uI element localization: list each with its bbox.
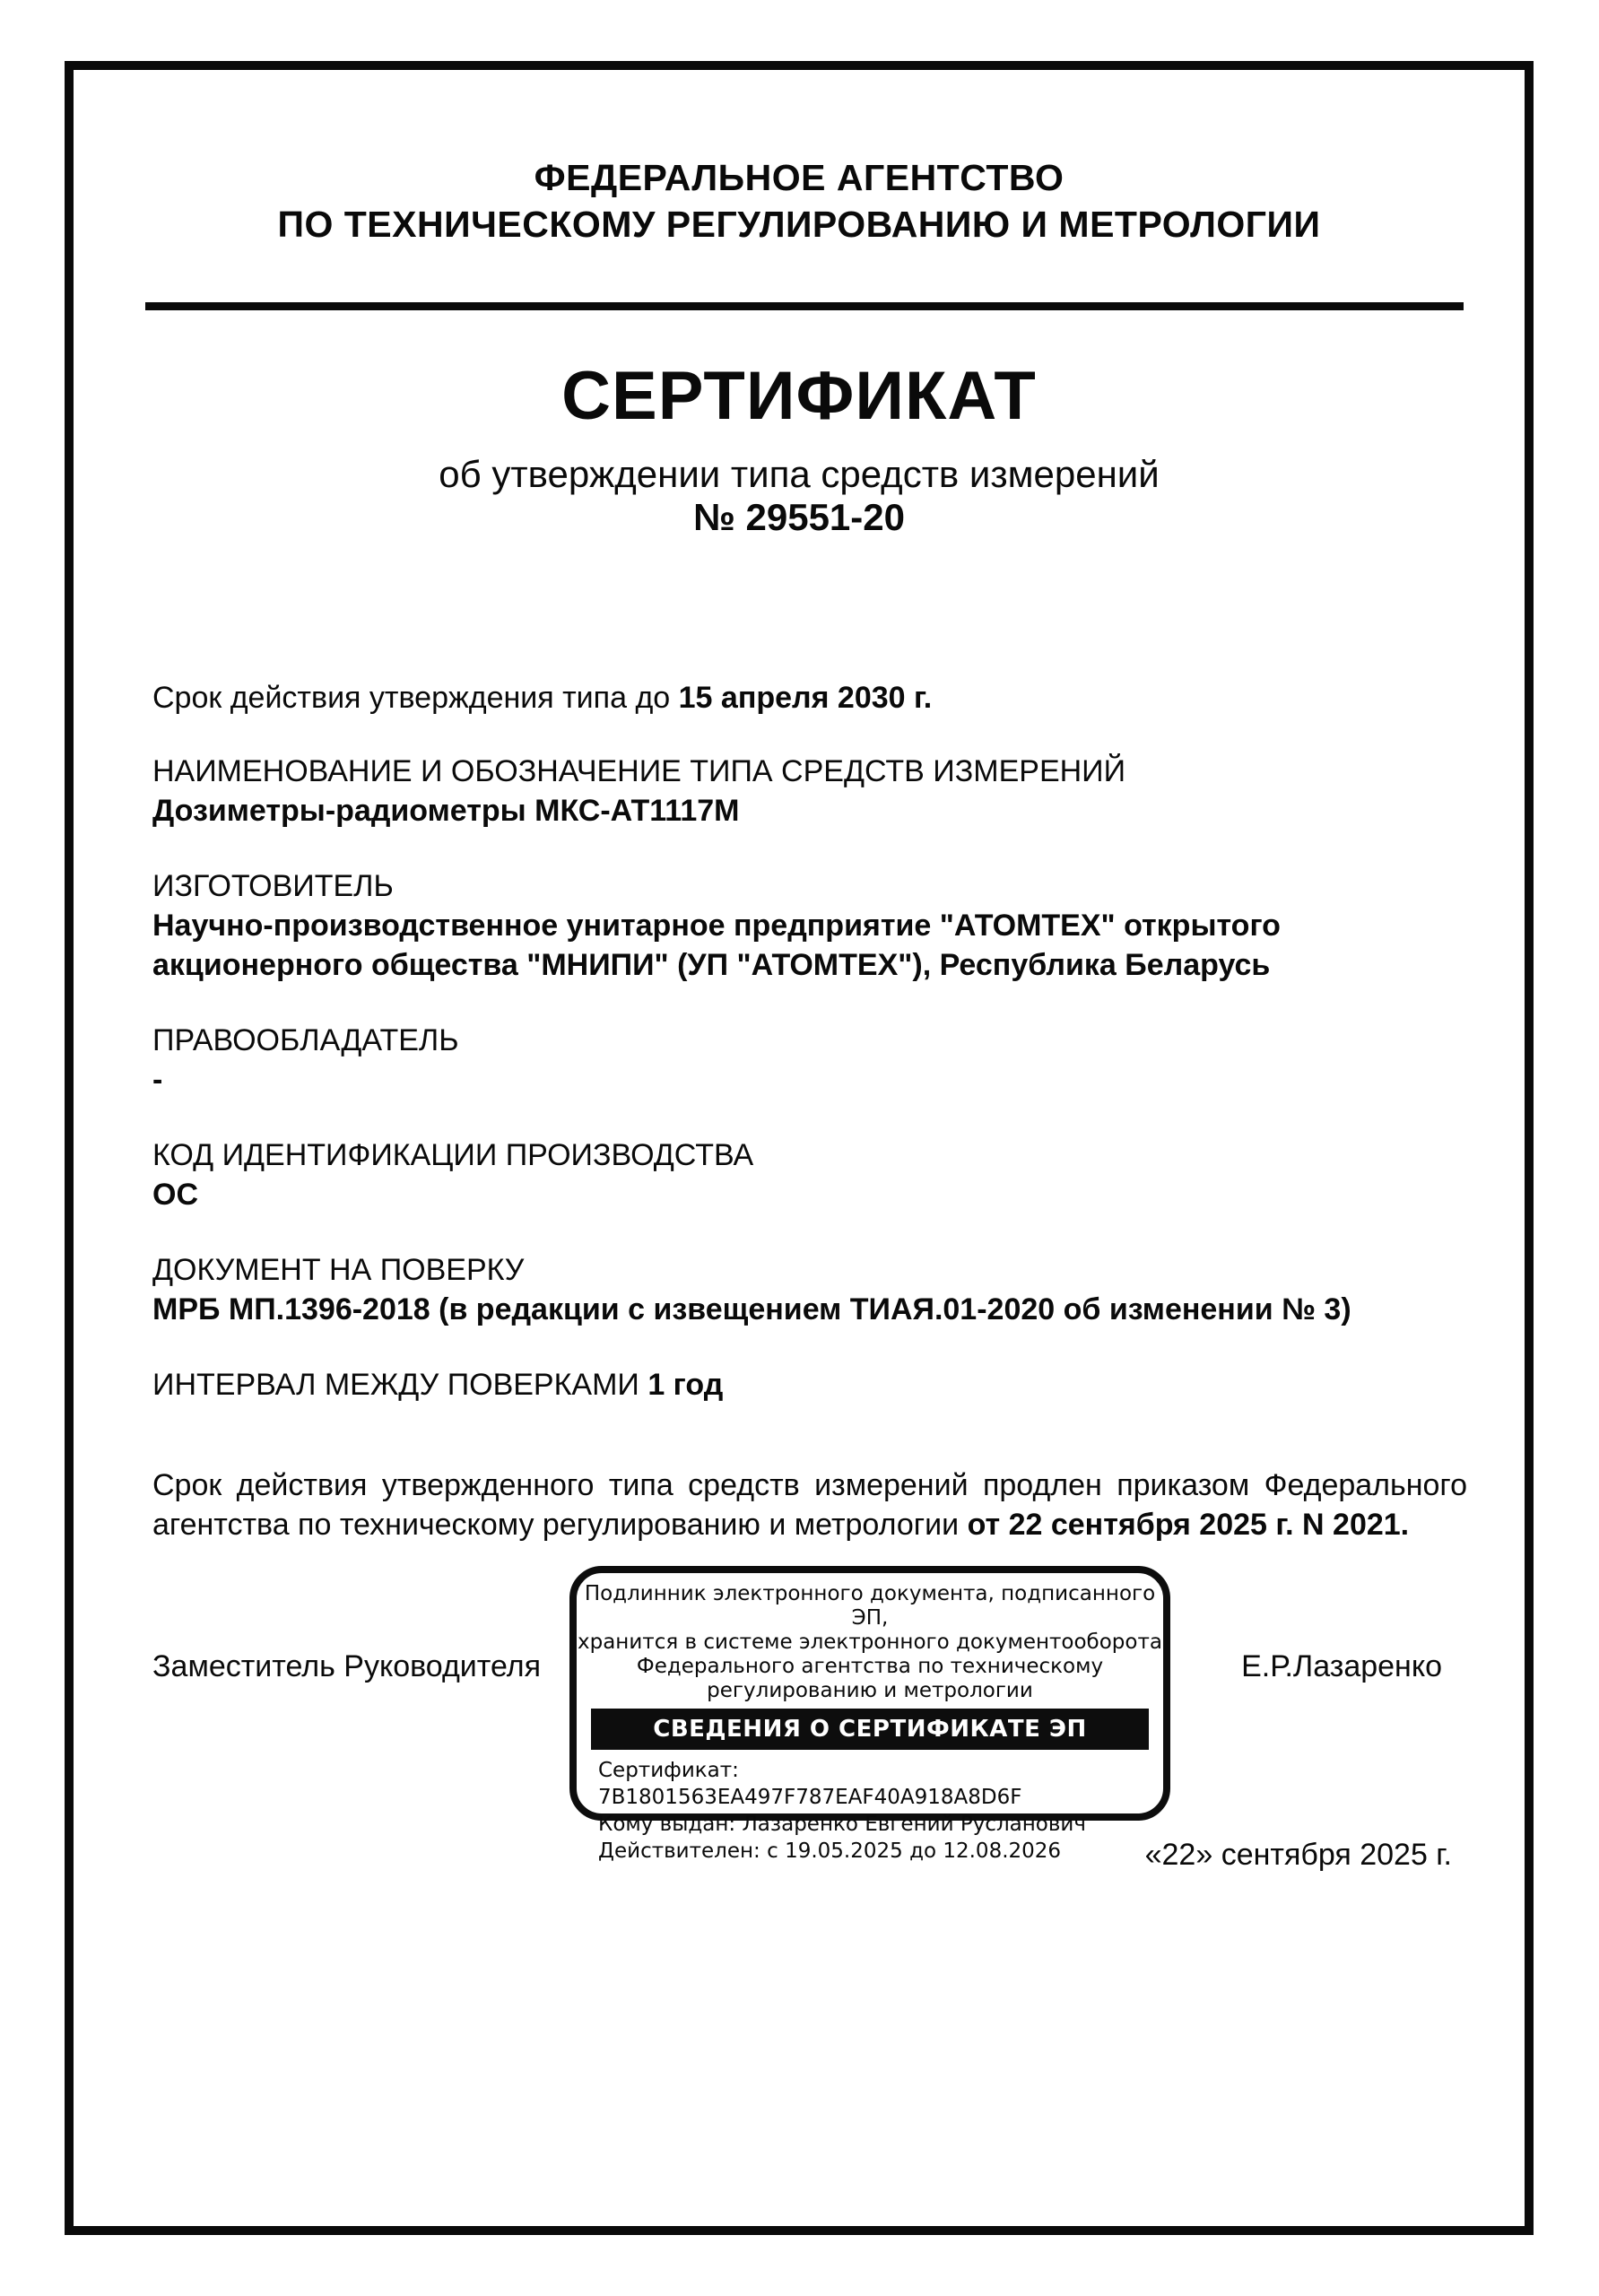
stamp-header-line1: Подлинник электронного документа, подпис… [577,1582,1163,1631]
stamp-header-line4: регулированию и метрологии [577,1679,1163,1703]
stamp-header-line3: Федерального агентства по техническому [577,1655,1163,1679]
validity-value: 15 апреля 2030 г. [679,681,933,715]
prolongation-line2: агентства по техническому регулированию … [152,1505,1467,1544]
prolongation-line2-regular: агентства по техническому регулированию … [152,1508,968,1542]
interval-value: 1 год [647,1368,723,1402]
verification-doc-label: ДОКУМЕНТ НА ПОВЕРКУ [152,1250,1467,1290]
stamp-bar-title: СВЕДЕНИЯ О СЕРТИФИКАТЕ ЭП [591,1709,1149,1750]
stamp-header-line2: хранится в системе электронного документ… [577,1631,1163,1655]
stamp-issued-to-line: Кому выдан: Лазаренко Евгений Русланович [598,1811,1163,1838]
production-code-label: КОД ИДЕНТИФИКАЦИИ ПРОИЗВОДСТВА [152,1135,1467,1175]
certificate-page: ФЕДЕРАЛЬНОЕ АГЕНТСТВО ПО ТЕХНИЧЕСКОМУ РЕ… [0,0,1599,2296]
prolongation-line2-bold: от 22 сентября 2025 г. N 2021. [968,1508,1410,1542]
name-type-value: Дозиметры-радиометры МКС-АТ1117М [152,791,1467,831]
document-date: «22» сентября 2025 г. [1145,1835,1452,1874]
stamp-header-text: Подлинник электронного документа, подпис… [577,1582,1163,1703]
stamp-details: Сертификат: 7B1801563EA497F787EAF40A918A… [598,1757,1163,1865]
verification-doc-value: МРБ МП.1396-2018 (в редакции с извещение… [152,1290,1467,1329]
document-title: СЕРТИФИКАТ [74,357,1525,436]
stamp-valid-line: Действителен: с 19.05.2025 до 12.08.2026 [598,1838,1163,1865]
signatory-position: Заместитель Руководителя [152,1647,541,1686]
manufacturer-value-line1: Научно-производственное унитарное предпр… [152,906,1467,945]
signatory-name: Е.Р.Лазаренко [1241,1647,1442,1686]
interval-line: ИНТЕРВАЛ МЕЖДУ ПОВЕРКАМИ 1 год [152,1365,1467,1405]
interval-label: ИНТЕРВАЛ МЕЖДУ ПОВЕРКАМИ [152,1368,647,1402]
name-type-label: НАИМЕНОВАНИЕ И ОБОЗНАЧЕНИЕ ТИПА СРЕДСТВ … [152,752,1467,791]
electronic-signature-stamp: Подлинник электронного документа, подпис… [569,1566,1170,1821]
manufacturer-value-line2: акционерного общества "МНИПИ" (УП "АТОМТ… [152,945,1467,985]
document-subtitle: об утверждении типа средств измерений [74,453,1525,496]
prolongation-line1: Срок действия утвержденного типа средств… [152,1465,1467,1505]
certificate-number: № 29551-20 [74,496,1525,539]
manufacturer-label: ИЗГОТОВИТЕЛЬ [152,866,1467,906]
agency-header: ФЕДЕРАЛЬНОЕ АГЕНТСТВО ПО ТЕХНИЧЕСКОМУ РЕ… [74,154,1525,248]
stamp-certificate-line: Сертификат: 7B1801563EA497F787EAF40A918A… [598,1757,1163,1811]
header-divider [145,302,1464,310]
validity-label: Срок действия утверждения типа до [152,681,679,715]
validity-line: Срок действия утверждения типа до 15 апр… [152,678,1467,717]
rights-holder-label: ПРАВООБЛАДАТЕЛЬ [152,1021,1467,1060]
rights-holder-value: - [152,1060,1467,1100]
production-code-value: ОС [152,1175,1467,1214]
agency-header-line1: ФЕДЕРАЛЬНОЕ АГЕНТСТВО [74,154,1525,201]
agency-header-line2: ПО ТЕХНИЧЕСКОМУ РЕГУЛИРОВАНИЮ И МЕТРОЛОГ… [74,201,1525,248]
